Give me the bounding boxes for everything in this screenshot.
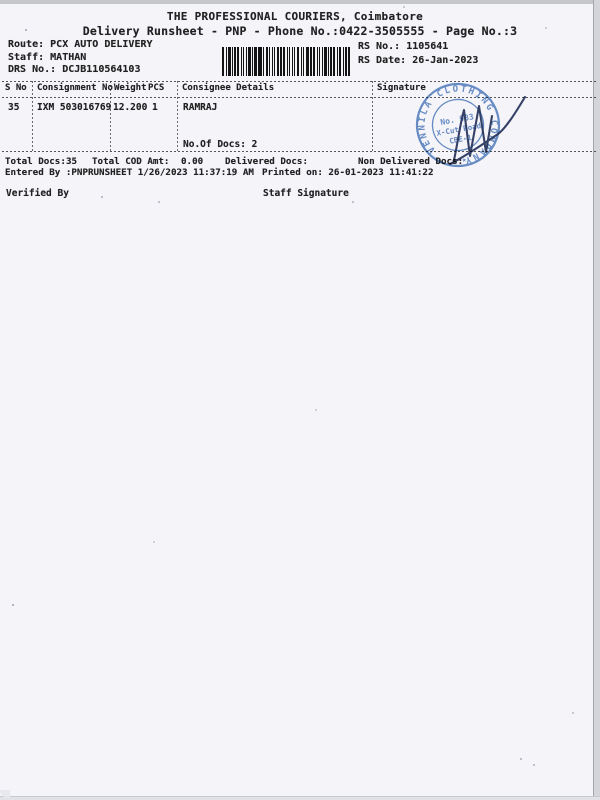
runsheet-subtitle: Delivery Runsheet - PNP - Phone No.:0422… — [0, 24, 600, 38]
scan-edge-right — [593, 0, 600, 800]
barcode-bar — [333, 47, 335, 76]
staff-signature-label: Staff Signature — [263, 188, 349, 199]
route-line: Route: PCX AUTO DELIVERY — [8, 39, 153, 50]
barcode-bar — [339, 47, 341, 76]
barcode-bar — [306, 47, 309, 76]
cell-consignee: RAMRAJ — [183, 102, 217, 113]
barcode-bar — [322, 47, 323, 76]
barcode-bar — [328, 47, 329, 76]
company-title: THE PROFESSIONAL COURIERS, Coimbatore — [0, 10, 590, 23]
barcode-bar — [228, 47, 230, 76]
barcode-bar — [294, 47, 295, 76]
barcode-bar — [289, 47, 290, 76]
barcode-bar — [258, 47, 261, 76]
staff-label: Staff: — [8, 52, 44, 63]
rs-date-label: RS Date: — [358, 55, 406, 66]
barcode-bar — [269, 47, 270, 76]
barcode-bar — [234, 47, 235, 76]
barcode-bar — [297, 47, 299, 76]
barcode-bar — [232, 47, 233, 76]
scan-edge-top — [0, 0, 600, 4]
barcode-bar — [303, 47, 304, 76]
barcode-bar — [330, 47, 331, 76]
col-header-consignee-details: Consignee Details — [182, 83, 274, 93]
rs-no-line: RS No.: 1105641 — [358, 41, 448, 52]
entered-by-line: Entered By :PNPRUNSHEET 1/26/2023 11:37:… — [5, 167, 254, 178]
cell-docs-note: No.Of Docs: 2 — [183, 139, 257, 150]
barcode-bar — [345, 47, 346, 76]
barcode-bar — [337, 47, 338, 76]
route-value: PCX AUTO DELIVERY — [50, 39, 152, 50]
table-col-rule-4 — [372, 81, 373, 151]
drs-line: DRS No.: DCJB110564103 — [8, 64, 140, 75]
barcode-bar — [292, 47, 293, 76]
barcode-bar — [222, 47, 224, 76]
barcode-bar — [313, 47, 315, 76]
barcode-bar — [317, 47, 318, 76]
barcode-bar — [263, 47, 264, 76]
rs-date-line: RS Date: 26-Jan-2023 — [358, 55, 478, 66]
scan-edge-bottom — [0, 796, 600, 800]
barcode-bar — [246, 47, 247, 76]
total-docs-value: 35 — [66, 156, 77, 167]
total-cod-value: 0.00 — [181, 156, 203, 167]
barcode-bar — [226, 47, 227, 76]
barcode-bar — [248, 47, 250, 76]
table-col-rule-1 — [32, 81, 33, 151]
total-docs-label: Total Docs: — [5, 156, 66, 167]
barcode-bar — [310, 47, 311, 76]
barcode-bar — [324, 47, 326, 76]
cell-s-no: 35 — [8, 102, 19, 113]
route-label: Route: — [8, 39, 44, 50]
barcode-bar — [274, 47, 275, 76]
drs-label: DRS No.: — [8, 64, 56, 75]
col-header-pcs: PCS — [148, 83, 164, 93]
table-col-rule-3 — [177, 81, 178, 151]
rs-no-value: 1105641 — [406, 41, 448, 52]
rs-date-value: 26-Jan-2023 — [412, 55, 478, 66]
col-header-s-no: S No — [5, 83, 27, 93]
barcode-bar — [243, 47, 244, 76]
company-stamp: VENNILA CLOTHING COMPANY No. 983 X-Cut R… — [400, 72, 580, 172]
barcode-bar — [252, 47, 253, 76]
stamp-svg: VENNILA CLOTHING COMPANY No. 983 X-Cut R… — [400, 72, 580, 172]
barcode-icon — [222, 47, 354, 76]
barcode-bar — [301, 47, 302, 76]
barcode-bar — [319, 47, 320, 76]
col-header-consignment-no: Consignment No — [37, 83, 113, 93]
drs-value: DCJB110564103 — [62, 64, 140, 75]
barcode-bar — [241, 47, 242, 76]
cell-consignment-no: IXM 503016769 — [37, 102, 111, 113]
cell-weight: 12.200 — [113, 102, 147, 113]
total-cod-label: Total COD Amt: — [92, 156, 169, 167]
staff-value: MATHAN — [50, 52, 86, 63]
rs-no-label: RS No.: — [358, 41, 400, 52]
staff-line: Staff: MATHAN — [8, 52, 86, 63]
verified-by-label: Verified By — [6, 188, 69, 199]
barcode-bar — [348, 47, 350, 76]
barcode-bar — [277, 47, 279, 76]
barcode-bar — [283, 47, 285, 76]
col-header-weight: Weight — [114, 83, 147, 93]
barcode-bar — [272, 47, 273, 76]
barcode-bar — [280, 47, 281, 76]
barcode-bar — [287, 47, 288, 76]
barcode-bar — [254, 47, 256, 76]
cell-pcs: 1 — [152, 102, 158, 113]
barcode-bar — [237, 47, 239, 76]
barcode-bar — [266, 47, 268, 76]
barcode-bar — [343, 47, 344, 76]
delivered-docs-label: Delivered Docs: — [225, 156, 308, 167]
